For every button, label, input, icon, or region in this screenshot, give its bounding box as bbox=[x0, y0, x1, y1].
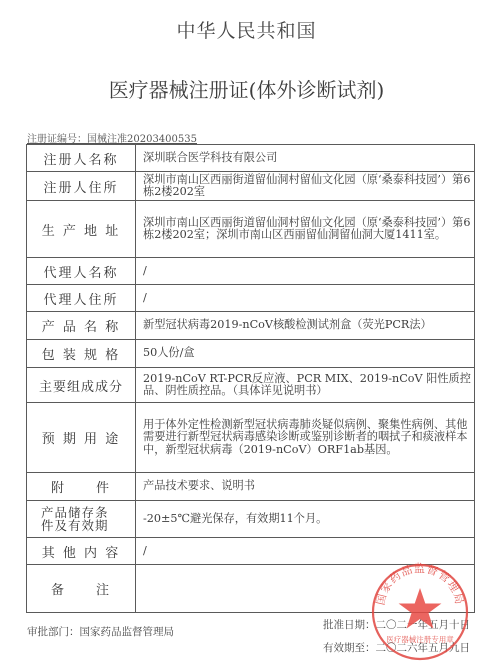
row-value: 新型冠状病毒2019-nCoV核酸检测试剂盒（荧光PCR法） bbox=[136, 312, 475, 340]
row-label: 预 期 用 途 bbox=[27, 403, 136, 473]
approval-department: 审批部门：国家药品监督管理局 bbox=[27, 624, 174, 639]
row-label: 生 产 地 址 bbox=[27, 201, 136, 258]
row-label: 主要组成成分 bbox=[27, 368, 136, 403]
row-label-text: 产品储存条件及有效期 bbox=[41, 506, 121, 532]
certificate-table: 注册人名称 深圳联合医学科技有限公司 注册人住所 深圳市南山区西丽街道留仙洞村留… bbox=[26, 144, 475, 613]
registration-number: 注册证编号：国械注准20203400535 bbox=[27, 130, 197, 145]
row-label: 其 他 内 容 bbox=[27, 538, 136, 565]
row-label: 包 装 规 格 bbox=[27, 340, 136, 368]
row-value: 2019-nCoV RT-PCR反应液、PCR MIX、2019-nCoV 阳性… bbox=[136, 368, 475, 403]
table-row: 预 期 用 途 用于体外定性检测新型冠状病毒肺炎疑似病例、聚集性病例、其他需要进… bbox=[27, 403, 475, 473]
row-label: 产品储存条件及有效期 bbox=[27, 501, 136, 538]
table-row: 包 装 规 格 50人份/盒 bbox=[27, 340, 475, 368]
row-label: 备 注 bbox=[27, 565, 136, 613]
row-label: 产 品 名 称 bbox=[27, 312, 136, 340]
row-value: -20±5℃避光保存，有效期11个月。 bbox=[136, 501, 475, 538]
row-value: 深圳联合医学科技有限公司 bbox=[136, 145, 475, 172]
country-heading: 中华人民共和国 bbox=[0, 16, 493, 43]
table-row: 代理人名称 / bbox=[27, 258, 475, 285]
table-row: 主要组成成分 2019-nCoV RT-PCR反应液、PCR MIX、2019-… bbox=[27, 368, 475, 403]
table-row: 注册人住所 深圳市南山区西丽街道留仙洞村留仙文化园（原‘桑泰科技园’）第6栋2楼… bbox=[27, 172, 475, 201]
row-label: 代理人名称 bbox=[27, 258, 136, 285]
row-value: 深圳市南山区西丽街道留仙洞村留仙文化园（原‘桑泰科技园’）第6栋2楼202室 bbox=[136, 172, 475, 201]
row-value: / bbox=[136, 285, 475, 312]
row-label: 注册人名称 bbox=[27, 145, 136, 172]
table-row: 其 他 内 容 / bbox=[27, 538, 475, 565]
row-label: 代理人住所 bbox=[27, 285, 136, 312]
table-row: 代理人住所 / bbox=[27, 285, 475, 312]
row-value: / bbox=[136, 538, 475, 565]
valid-until-date: 有效期至：二〇二六年五月九日 bbox=[323, 640, 470, 655]
row-label: 附 件 bbox=[27, 473, 136, 501]
row-label: 注册人住所 bbox=[27, 172, 136, 201]
row-value: 产品技术要求、说明书 bbox=[136, 473, 475, 501]
table-row: 备 注 bbox=[27, 565, 475, 613]
table-row: 附 件 产品技术要求、说明书 bbox=[27, 473, 475, 501]
row-value: 50人份/盒 bbox=[136, 340, 475, 368]
row-value: 用于体外定性检测新型冠状病毒肺炎疑似病例、聚集性病例、其他需要进行新型冠状病毒感… bbox=[136, 403, 475, 473]
certificate-title: 医疗器械注册证(体外诊断试剂) bbox=[0, 74, 493, 103]
table-row: 产品储存条件及有效期 -20±5℃避光保存，有效期11个月。 bbox=[27, 501, 475, 538]
row-value: / bbox=[136, 258, 475, 285]
table-row: 注册人名称 深圳联合医学科技有限公司 bbox=[27, 145, 475, 172]
approval-date: 批准日期：二〇二一年五月十日 bbox=[323, 617, 470, 632]
table-row: 产 品 名 称 新型冠状病毒2019-nCoV核酸检测试剂盒（荧光PCR法） bbox=[27, 312, 475, 340]
row-value bbox=[136, 565, 475, 613]
table-row: 生 产 地 址 深圳市南山区西丽街道留仙洞村留仙文化园（原‘桑泰科技园’）第6栋… bbox=[27, 201, 475, 258]
row-value: 深圳市南山区西丽街道留仙洞村留仙文化园（原‘桑泰科技园’）第6栋2楼202室；深… bbox=[136, 201, 475, 258]
